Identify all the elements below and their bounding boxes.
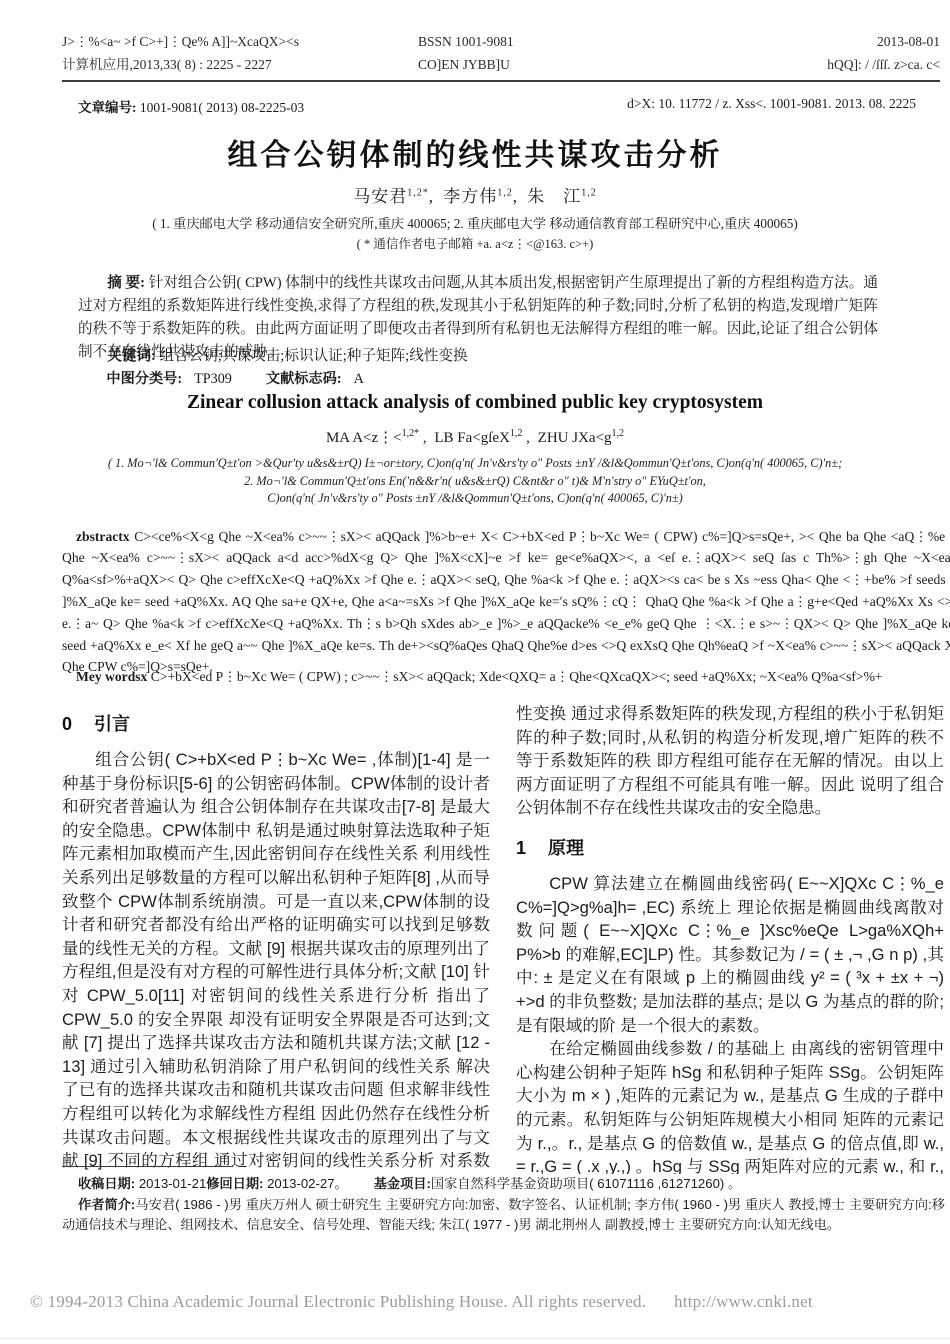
bio-text: 马安君( 1986 - )男 重庆万州人 硕士研究生 主要研究方向:加密、数字签… bbox=[62, 1197, 945, 1233]
affiliation-en-line: C)on(qʹn( Jnʹv&rsʹty o″ Posts ±nY /&l&Qo… bbox=[0, 490, 950, 508]
cnki-banner: © 1994-2013 China Academic Journal Elect… bbox=[30, 1292, 930, 1312]
section-number: 0 bbox=[62, 714, 72, 734]
author-affil-sup: 1,2 bbox=[497, 187, 513, 198]
section-title: 引言 bbox=[94, 714, 130, 734]
article-number: 文章编号: 1001-9081( 2013) 08-2225-03 bbox=[78, 96, 304, 116]
journal-name-en: J>⋮%<a~ >f C>+]⋮Qe% A]]~XcaQX><s bbox=[62, 30, 418, 53]
abstract-en-label: zbstractx bbox=[76, 529, 130, 544]
author-affil-sup: 1,2 bbox=[581, 187, 597, 198]
cnki-url: http://www.cnki.net bbox=[674, 1292, 813, 1311]
affiliation-en-line: 2. Mo¬ʹl& CommunʹQ±tʹons En(ʹn&&rʹn( u&s… bbox=[0, 473, 950, 491]
revised-label: 修回日期: bbox=[206, 1176, 263, 1191]
authors-cn: 马安君1,2*, 李方伟1,2, 朱 江1,2 bbox=[0, 182, 950, 207]
footnote-rule bbox=[62, 1166, 232, 1167]
section-number: 1 bbox=[516, 838, 526, 858]
masthead-left: J>⋮%<a~ >f C>+]⋮Qe% A]]~XcaQX><s 计算机应用,2… bbox=[62, 30, 418, 76]
masthead-center: BSSN 1001-9081 CO]EN JYBB]U bbox=[418, 30, 668, 76]
keywords-cn: 关键词: 组合公钥;共谋攻击;标识认证;种子矩阵;线性变换 bbox=[78, 345, 878, 367]
clc-row: 中图分类号:TP309文献标志码:A bbox=[78, 368, 878, 388]
author-name-en: ZHU JXa<g1,2 bbox=[538, 430, 624, 446]
coden: CO]EN JYBB]U bbox=[418, 53, 668, 76]
affiliations-en: ( 1. Mo¬ʹl& CommunʹQ±tʹon >&Qurʹty u&s&±… bbox=[0, 455, 950, 508]
publish-date: 2013-08-01 bbox=[668, 30, 940, 53]
journal-name-cn: 计算机应用,2013,33( 8) : 2225 - 2227 bbox=[62, 53, 418, 76]
bio-label: 作者简介: bbox=[78, 1197, 135, 1212]
author-name: 马安君1,2*, bbox=[353, 187, 434, 206]
keywords-cn-label: 关键词: bbox=[107, 348, 156, 364]
author-name: 李方伟1,2, bbox=[443, 187, 518, 206]
section-title: 原理 bbox=[548, 838, 584, 858]
abstract-cn-label: 摘 要: bbox=[107, 275, 145, 291]
doi: d>X: 10. 11772 / z. Xss<. 1001-9081. 201… bbox=[627, 96, 916, 116]
footnote-block: 收稿日期: 2013-01-21修回日期: 2013-02-27。基金项目:国家… bbox=[62, 1166, 945, 1236]
fund-text: 国家自然科学基金资助项目( 61071116 ,61271260) 。 bbox=[431, 1176, 741, 1191]
doc-code-value: A bbox=[354, 371, 364, 387]
right-column: 性变换 通过求得系数矩阵的秩发现,方程组的秩小于私钥矩阵的种子数;同时,从私钥的… bbox=[516, 702, 944, 1174]
author-affil-sup: 1,2 bbox=[612, 428, 625, 439]
journal-page: J>⋮%<a~ >f C>+]⋮Qe% A]]~XcaQX><s 计算机应用,2… bbox=[0, 0, 950, 1344]
masthead-rule bbox=[62, 80, 940, 82]
author-affil-sup: 1,2 bbox=[510, 428, 523, 439]
keywords-en: Mey wordsx C>+bX<ed P⋮b~Xc We= ( CPW) ; … bbox=[62, 666, 950, 688]
page-title-en: Zinear collusion attack analysis of comb… bbox=[0, 392, 950, 414]
author-name-en: MA A<z⋮<1,2* , bbox=[326, 430, 430, 446]
article-id-row: 文章编号: 1001-9081( 2013) 08-2225-03 d>X: 1… bbox=[78, 96, 916, 116]
section-0-paragraph: 组合公钥( C>+bX<ed P⋮b~Xc We= ,体制)[1-4] 是一种基… bbox=[62, 748, 490, 1174]
author-bio: 作者简介:马安君( 1986 - )男 重庆万州人 硕士研究生 主要研究方向:加… bbox=[62, 1195, 945, 1236]
section-1-paragraph-2: 在给定椭圆曲线参数 / 的基础上 由离线的密钥管理中心构建公钥种子矩阵 hSg … bbox=[516, 1037, 944, 1174]
section-1-paragraph-1: CPW 算法建立在椭圆曲线密码( E~~X]QXc C⋮%_e C%=]Q>g%… bbox=[516, 872, 944, 1037]
article-number-label: 文章编号: bbox=[78, 100, 137, 115]
journal-url: hQQ]: / /ſſſ. z>ca. c< bbox=[668, 53, 940, 76]
keywords-en-label: Mey wordsx bbox=[76, 669, 147, 684]
doc-code-label: 文献标志码: bbox=[266, 371, 342, 387]
affiliation-en-line: ( 1. Mo¬ʹl& CommunʹQ±tʹon >&Qurʹty u&s&±… bbox=[0, 455, 950, 473]
section-heading-0: 0引言 bbox=[62, 710, 490, 736]
affiliation-cn: ( 1. 重庆邮电大学 移动通信安全研究所,重庆 400065; 2. 重庆邮电… bbox=[0, 213, 950, 232]
copyright-text: © 1994-2013 China Academic Journal Elect… bbox=[30, 1292, 646, 1311]
masthead: J>⋮%<a~ >f C>+]⋮Qe% A]]~XcaQX><s 计算机应用,2… bbox=[62, 30, 940, 76]
body-columns: 0引言 组合公钥( C>+bX<ed P⋮b~Xc We= ,体制)[1-4] … bbox=[62, 702, 945, 1174]
corresponding-email-note: ( * 通信作者电子邮箱 +a. a<z⋮<@163. c>+) bbox=[0, 234, 950, 252]
issn: BSSN 1001-9081 bbox=[418, 30, 668, 53]
bottom-edge-line bbox=[0, 1338, 950, 1339]
received-label: 收稿日期: bbox=[78, 1176, 135, 1191]
doi-label: d>X: bbox=[627, 96, 655, 111]
page-title: 组合公钥体制的线性共谋攻击分析 bbox=[0, 130, 950, 174]
left-column: 0引言 组合公钥( C>+bX<ed P⋮b~Xc We= ,体制)[1-4] … bbox=[62, 702, 490, 1174]
masthead-right: 2013-08-01 hQQ]: / /ſſſ. z>ca. c< bbox=[668, 30, 940, 76]
author-name: 朱 江1,2 bbox=[527, 187, 597, 206]
abstract-en: zbstractx C><ce%<X<g Qhe ~X<ea% c>~~⋮sX>… bbox=[62, 526, 950, 679]
authors-en: MA A<z⋮<1,2* , LB Fa<gſeX1,2 , ZHU JXa<g… bbox=[0, 428, 950, 447]
author-affil-sup: 1,2* bbox=[407, 187, 429, 198]
author-affil-sup: 1,2* bbox=[402, 428, 420, 439]
clc-value: TP309 bbox=[194, 371, 232, 387]
footnote-dates-fund: 收稿日期: 2013-01-21修回日期: 2013-02-27。基金项目:国家… bbox=[62, 1174, 945, 1195]
section-0-paragraph-continued: 性变换 通过求得系数矩阵的秩发现,方程组的秩小于私钥矩阵的种子数;同时,从私钥的… bbox=[516, 702, 944, 820]
section-heading-1: 1原理 bbox=[516, 834, 944, 860]
fund-label: 基金项目: bbox=[374, 1176, 431, 1191]
clc-label: 中图分类号: bbox=[106, 371, 182, 387]
author-name-en: LB Fa<gſeX1,2 , bbox=[434, 430, 533, 446]
